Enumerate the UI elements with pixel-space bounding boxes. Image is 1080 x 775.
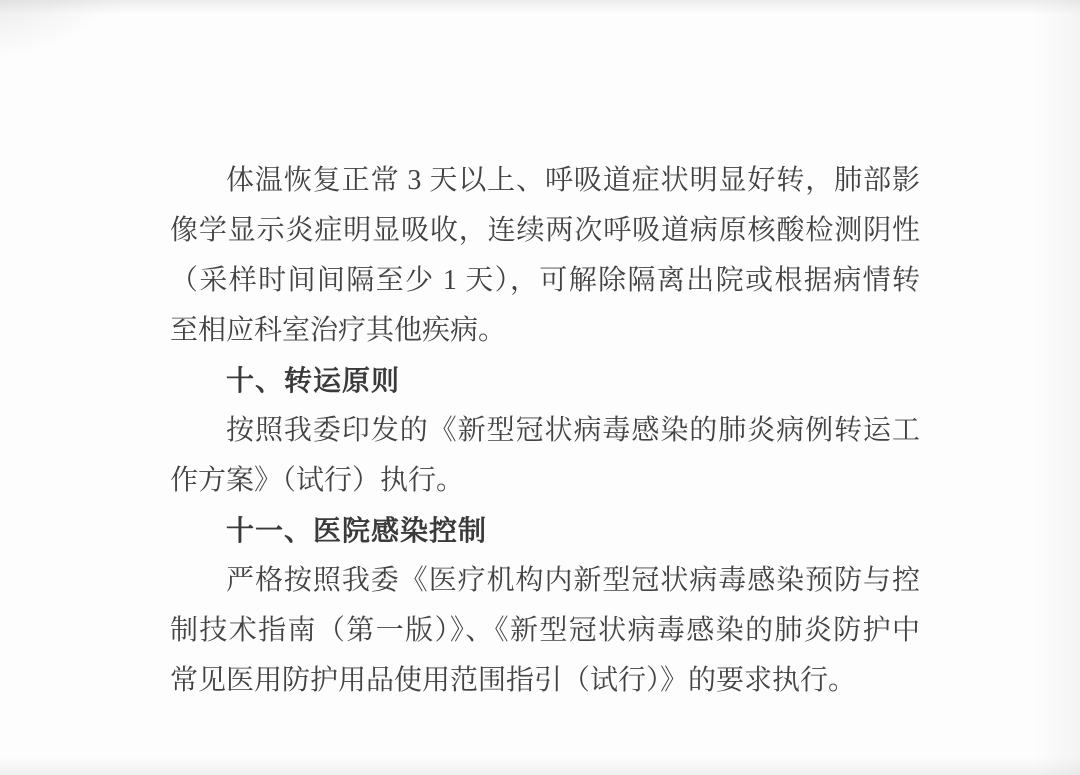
section-heading: 十、转运原则 [170,356,920,406]
text-line: 像学显示炎症明显吸收，连续两次呼吸道病原核酸检测阴性 [170,206,920,256]
text-line: 制技术指南（第一版）》、《新型冠状病毒感染的肺炎防护中 [170,606,920,656]
scan-shade-top-edge [0,0,1080,14]
text-line: （采样时间间隔至少 1 天），可解除隔离出院或根据病情转 [170,256,920,306]
text-line: 常见医用防护用品使用范围指引（试行）》的要求执行。 [170,656,920,706]
text-line: 至相应科室治疗其他疾病。 [170,306,920,356]
text-line: 严格按照我委《医疗机构内新型冠状病毒感染预防与控 [170,556,920,606]
scan-shade-bottom-edge [0,757,1080,775]
document-page: 体温恢复正常 3 天以上、呼吸道症状明显好转，肺部影 像学显示炎症明显吸收，连续… [0,0,1080,775]
scan-shade-right-edge [1034,0,1080,775]
section-heading: 十一、医院感染控制 [170,506,920,556]
text-line: 体温恢复正常 3 天以上、呼吸道症状明显好转，肺部影 [170,156,920,206]
text-line: 按照我委印发的《新型冠状病毒感染的肺炎病例转运工 [170,406,920,456]
text-line: 作方案》（试行）执行。 [170,456,920,506]
document-text-block: 体温恢复正常 3 天以上、呼吸道症状明显好转，肺部影 像学显示炎症明显吸收，连续… [170,156,920,706]
